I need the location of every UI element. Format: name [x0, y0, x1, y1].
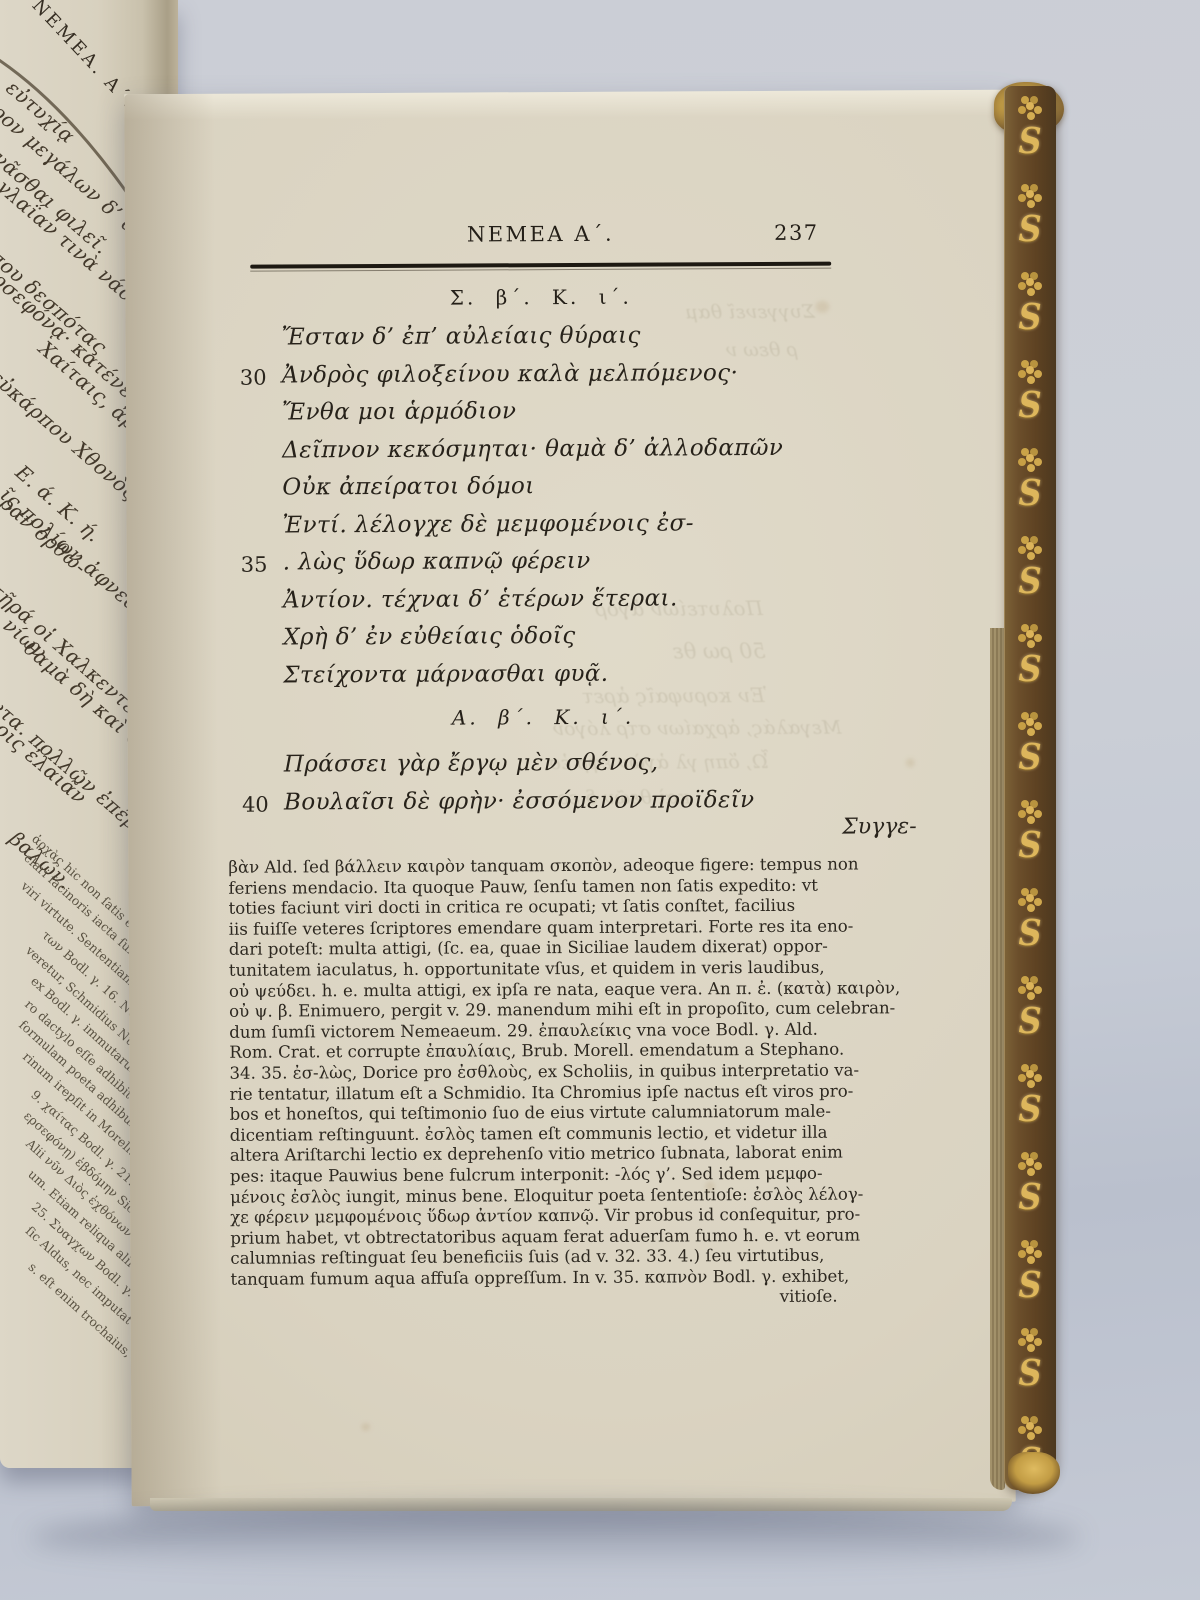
gilt-ornament-unit: S: [1018, 792, 1041, 880]
foxing-spot: [906, 758, 915, 767]
header-rule-thin: [250, 267, 831, 271]
gilt-ornament-unit: S: [1018, 1144, 1041, 1232]
verse-number: 40: [242, 792, 269, 816]
gilt-ornament-column: SSSSSSSSSSSSSSSS: [1004, 86, 1056, 1490]
running-title: ΝΕΜΕΑ Α΄.: [250, 221, 831, 248]
verse-text: Οὐκ ἀπείρατοι δόμοι: [282, 473, 534, 500]
verse-text: Ἐντί. λέλογχε δὲ μεμφομένοις ἐσ-: [282, 510, 693, 538]
gilt-ornament-unit: S: [1018, 1232, 1041, 1320]
gilt-ornament-unit: S: [1018, 1056, 1041, 1144]
catchword: Συγγε-: [842, 814, 917, 839]
verse-number: 30: [240, 365, 267, 389]
page-top-highlight: [124, 90, 1008, 121]
gilt-scroll-ornament: S: [1018, 1349, 1041, 1401]
commentary-last-line: vitioſe.: [231, 1287, 838, 1311]
gilt-corner-ornament-bottom: [1008, 1452, 1060, 1494]
gilt-scroll-ornament: S: [1018, 557, 1041, 609]
commentary-line: 34. 35. ἐσ-λὼς, Dorice pro ἐσθλοὺς, ex S…: [229, 1061, 836, 1085]
gilt-ornament-unit: S: [1018, 264, 1041, 352]
foxing-spot: [361, 1423, 370, 1431]
gilt-scroll-ornament: S: [1018, 645, 1041, 697]
antistrophe-heading: Α. β΄. Κ. ι΄.: [253, 704, 834, 731]
gilt-flower-ornament: [1026, 454, 1034, 462]
header-rule: [250, 262, 831, 272]
gilt-flower-ornament: [1026, 1070, 1034, 1078]
page-block-fore-edge: [990, 628, 1005, 1490]
verse-line: Στείχοντα μάρνασθαι φυᾷ.: [127, 658, 1011, 700]
verse-text: Πράσσει γὰρ ἔργῳ μὲν σθένος,: [284, 750, 659, 778]
page-number: 237: [774, 221, 819, 245]
gilt-ornament-unit: S: [1018, 1320, 1041, 1408]
commentary-line: toties faciunt viri docti in critica re …: [229, 896, 836, 920]
gilt-scroll-ornament: S: [1018, 1261, 1041, 1313]
commentary-line: pes: itaque Pauwius bene fulcrum interpo…: [230, 1164, 837, 1188]
gilt-scroll-ornament: S: [1018, 381, 1041, 433]
verse-text: . λὼς ὕδωρ καπνῷ φέρειν: [283, 548, 591, 576]
gilt-scroll-ornament: S: [1018, 821, 1041, 873]
gilt-flower-ornament: [1026, 718, 1034, 726]
gilt-scroll-ornament: S: [1018, 733, 1041, 785]
verse-line: Ἔνθα μοι ἁρμόδιον: [126, 396, 1010, 438]
gilt-scroll-ornament: S: [1018, 909, 1041, 961]
verse-line: Δεῖπνον κεκόσμηται· θαμὰ δ’ ἀλλοδαπῶν: [126, 433, 1010, 475]
commentary-line: οὐ ψ. β. Enimuero, pergit v. 29. manendu…: [229, 999, 836, 1023]
verse-text: Ἀνδρὸς φιλοξείνου καλὰ μελπόμενος·: [282, 360, 739, 388]
book-photograph: ΝΕΜΕΑ. Α΄. εὐτυχίᾳἄκρον μεγάλων δ’ ἄεθλω…: [0, 0, 1200, 1600]
verse-number: 35: [241, 553, 268, 577]
gilt-gauffered-edge: SSSSSSSSSSSSSSSS: [1004, 86, 1056, 1490]
foxing-spot: [815, 301, 829, 313]
verse-text: Στείχοντα μάρνασθαι φυᾷ.: [283, 660, 608, 688]
gilt-ornament-unit: S: [1018, 968, 1041, 1056]
gilt-scroll-ornament: S: [1018, 997, 1041, 1049]
verse-text: Ἔνθα μοι ἁρμόδιον: [282, 398, 516, 425]
gilt-ornament-unit: S: [1018, 88, 1041, 176]
gilt-ornament-unit: S: [1018, 352, 1041, 440]
verse-line: Ἀντίον. τέχναι δ’ ἑτέρων ἕτεραι.: [127, 583, 1011, 625]
verse-line: Χρὴ δ’ ἐν εὐθείαις ὁδοῖς: [127, 621, 1011, 663]
book-cast-shadow: [30, 1506, 1080, 1570]
commentary-line: βὰν Ald. ſed βάλλειν καιρὸν tanquam σκοπ…: [228, 855, 835, 879]
verse-line: Πράσσει γὰρ ἔργῳ μὲν σθένος,: [128, 748, 1012, 790]
verse-line: Οὐκ ἀπείρατοι δόμοι: [126, 471, 1010, 513]
page-header: ΝΕΜΕΑ Α΄. 237: [250, 221, 831, 254]
gilt-ornament-unit: S: [1018, 704, 1041, 792]
gilt-flower-ornament: [1026, 190, 1034, 198]
right-page: Συγγενεῖ θαμρ θεω νΠολυτείων ἀγορ50 ρω θ…: [124, 90, 1015, 1507]
gilt-flower-ornament: [1026, 278, 1034, 286]
verse-text: Ἔσταν δ’ ἐπ’ αὐλείαις θύραις: [282, 323, 641, 351]
verse-line: 35. λὼς ὕδωρ καπνῷ φέρειν: [127, 546, 1011, 588]
verse-text: Ἀντίον. τέχναι δ’ ἑτέρων ἕτεραι.: [283, 585, 678, 613]
verse-text: Δεῖπνον κεκόσμηται· θαμὰ δ’ ἀλλοδαπῶν: [282, 434, 783, 463]
strophe-heading: Σ. β΄. Κ. ι΄.: [250, 284, 831, 311]
commentary-line: tunitatem iaculatus, h. opportunitate vſ…: [229, 958, 836, 982]
verse-text: Βουλαῖσι δὲ φρὴν· ἐσσόμενον προϊδεῖν: [284, 787, 755, 815]
commentary-line: bos et honeſtos, qui teſtimonio ſuo de e…: [230, 1102, 837, 1126]
gilt-scroll-ornament: S: [1018, 1173, 1041, 1225]
verse-text: Χρὴ δ’ ἐν εὐθείαις ὁδοῖς: [283, 623, 576, 651]
gilt-ornament-unit: S: [1018, 880, 1041, 968]
gilt-flower-ornament: [1026, 1158, 1034, 1166]
commentary-block: βὰν Ald. ſed βάλλειν καιρὸν tanquam σκοπ…: [228, 855, 837, 1311]
gilt-flower-ornament: [1026, 894, 1034, 902]
foxing-spot: [705, 1181, 715, 1191]
verse-line: Ἔσταν δ’ ἐπ’ αὐλείαις θύραις: [126, 321, 1010, 363]
gilt-flower-ornament: [1026, 806, 1034, 814]
gilt-ornament-unit: S: [1018, 176, 1041, 264]
gilt-ornament-unit: S: [1018, 528, 1041, 616]
gilt-ornament-unit: S: [1018, 616, 1041, 704]
gilt-flower-ornament: [1026, 102, 1034, 110]
gilt-flower-ornament: [1026, 1246, 1034, 1254]
gilt-scroll-ornament: S: [1018, 293, 1041, 345]
gilt-scroll-ornament: S: [1018, 1085, 1041, 1137]
gilt-flower-ornament: [1026, 1334, 1034, 1342]
verse-line: 30Ἀνδρὸς φιλοξείνου καλὰ μελπόμενος·: [126, 358, 1010, 400]
commentary-line: tanquam fumum aqua affuſa oppreſſum. In …: [230, 1266, 837, 1290]
gilt-flower-ornament: [1026, 982, 1034, 990]
gilt-ornament-unit: S: [1018, 440, 1041, 528]
gilt-flower-ornament: [1026, 630, 1034, 638]
gilt-scroll-ornament: S: [1018, 205, 1041, 257]
gilt-flower-ornament: [1026, 366, 1034, 374]
gilt-flower-ornament: [1026, 1422, 1034, 1430]
verse-line: Ἐντί. λέλογχε δὲ μεμφομένοις ἐσ-: [127, 508, 1011, 550]
gilt-scroll-ornament: S: [1018, 117, 1041, 169]
gilt-flower-ornament: [1026, 542, 1034, 550]
commentary-line: χε φέρειν μεμφομένοις ὕδωρ ἀντίον καπνῷ.…: [230, 1205, 837, 1229]
commentary-lines: βὰν Ald. ſed βάλλειν καιρὸν tanquam σκοπ…: [228, 855, 837, 1291]
gilt-scroll-ornament: S: [1018, 469, 1041, 521]
